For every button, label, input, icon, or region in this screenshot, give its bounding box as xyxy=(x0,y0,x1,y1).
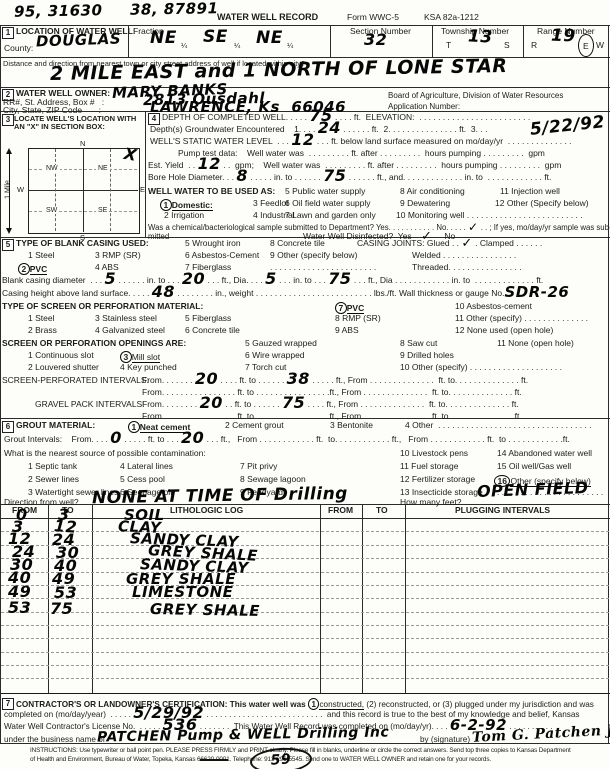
casing-joints-line: CASING JOINTS: Glued . . ✓ . Clamped . .… xyxy=(357,239,542,249)
screen-option-1: 1 Steel xyxy=(28,314,54,324)
contamination-option-14: 14 Abandoned water well xyxy=(497,449,592,459)
well-location-x-mark: X xyxy=(123,146,138,164)
locate-title-line2: AN "X" IN SECTION BOX: xyxy=(14,122,105,131)
record-completed-date: 6-2-92 xyxy=(450,723,507,728)
quadrant-se: SE xyxy=(96,207,109,214)
groundwater-after: . . . . . . ft. 2. . . . . . . . . . . .… xyxy=(341,124,487,134)
column-line xyxy=(432,25,433,57)
use-option-5: 5 Public water supply xyxy=(285,187,365,197)
township-s: S xyxy=(504,41,510,51)
screen-option-12: 12 None used (open hole) xyxy=(455,326,553,336)
mile-scale-label: 1 Mile xyxy=(5,170,12,210)
glued-checkmark: ✓ xyxy=(461,241,472,246)
county-label: County: xyxy=(4,44,33,54)
plug-header-intervals: PLUGGING INTERVALS xyxy=(455,506,550,516)
chemical-sample-after: . . ; If yes, mo/day/yr sample was sub- xyxy=(479,223,610,232)
contamination-question: What is the nearest source of possible c… xyxy=(4,449,206,459)
certification-line-1: CONTRACTOR'S OR LANDOWNER'S CERTIFICATIO… xyxy=(16,698,594,710)
joints-clamped-label: . Clamped . . . . . . xyxy=(473,238,542,248)
circled-1: 1 xyxy=(128,421,140,433)
bore-mid: . . . . . in. to . . . . . . xyxy=(248,172,323,182)
license-number-value: 536 xyxy=(163,722,198,727)
openings-option-7: 7 Torch cut xyxy=(245,363,286,373)
quarter-glyph: ¼ xyxy=(234,41,240,50)
grout-title: GROUT MATERIAL: xyxy=(16,421,95,431)
table-rule-line xyxy=(1,545,609,546)
plug-header-from: FROM xyxy=(328,506,353,516)
business-name-label: under the business name of xyxy=(4,735,105,744)
casing-other-dots: . . . . . . . . . . . . . . . . . . . . … xyxy=(270,263,376,273)
statute-reference: KSA 82a-1212 xyxy=(424,13,479,23)
gravel-pack-label: GRAVEL PACK INTERVALS: xyxy=(35,400,145,410)
openings-option-6: 6 Wire wrapped xyxy=(245,351,305,361)
use-option-11: 11 Injection well xyxy=(500,187,560,197)
bore-diameter-value: 8 xyxy=(236,173,248,178)
openings-option-11: 11 None (open hole) xyxy=(497,339,574,349)
arrow-down-icon xyxy=(6,228,12,234)
screen-material-title: TYPE OF SCREEN OR PERFORATION MATERIAL: xyxy=(2,302,203,312)
compass-west: W xyxy=(17,185,24,194)
openings-option-9: 9 Drilled holes xyxy=(400,351,454,361)
table-rule-line xyxy=(1,572,609,573)
table-rule-line xyxy=(1,625,609,626)
section-1-number: 1 xyxy=(2,27,14,39)
column-line xyxy=(330,25,331,57)
diagram-dashed-vertical xyxy=(55,149,56,231)
casing-option-9: 9 Other (specify below) xyxy=(270,251,357,261)
groundwater-depth-1: 24 xyxy=(318,125,341,130)
static-level-value: 12 xyxy=(291,137,314,142)
grout-after: . . . ft., From . . . . . . . . . . . . … xyxy=(204,434,570,444)
yield-after: . . gpm; Well water was . . . . . . . . … xyxy=(221,160,561,170)
bcd-depth-2: 75 xyxy=(328,276,351,281)
screen-option-2: 2 Brass xyxy=(28,326,57,336)
section-6-number: 6 xyxy=(2,421,14,433)
signature-label: by (signature) xyxy=(420,735,470,744)
use-option-12: 12 Other (Specify below) xyxy=(495,199,589,209)
log-row-description: GREY SHALE xyxy=(150,602,260,619)
contamination-option-4: 4 Lateral lines xyxy=(120,462,173,472)
depth-after: . . . . ft. ELEVATION: . . . . . . . . .… xyxy=(333,112,531,122)
pump-test-line: Pump test data: Well water was . . . . .… xyxy=(178,149,545,159)
casing-pvc-label: PVC xyxy=(30,264,47,275)
section-5: 5 TYPE OF BLANK CASING USED: 5 Wrought i… xyxy=(0,237,610,418)
casing-height-label: Casing height above land surface. . . . … xyxy=(2,288,152,298)
table-rule-line xyxy=(1,612,609,613)
openings-title: SCREEN OR PERFORATION OPENINGS ARE: xyxy=(2,339,186,349)
plug-header-to: TO xyxy=(376,506,388,516)
section-5-number: 5 xyxy=(2,239,14,251)
completed-on-after: . . . . . . . . . . . . . . . . . . . . … xyxy=(204,710,579,719)
screen-option-3: 3 Stainless steel xyxy=(95,314,157,324)
contamination-option-12: 12 Fertilizer storage xyxy=(400,475,475,485)
section-number-value: 32 xyxy=(364,32,387,48)
compass-north: N xyxy=(80,139,85,148)
casing-option-3: 3 RMP (SR) xyxy=(95,251,141,261)
table-rule-line xyxy=(1,665,609,666)
column-line xyxy=(145,111,146,237)
blank-casing-diameter-line: Blank casing diameter . . . 5 . . . . . … xyxy=(2,276,543,286)
arrow-up-icon xyxy=(6,148,12,154)
grout-option-4: 4 Other . . . . . . . . . . . . . . . . … xyxy=(405,421,592,431)
bcd-dia-1: 5 xyxy=(105,276,117,281)
quarter-glyph: ¼ xyxy=(181,41,187,50)
bcd-seg-3: . . . in. to . . . xyxy=(277,275,329,285)
circled-2: 2 xyxy=(18,263,30,275)
quadrant-ne: NE xyxy=(96,165,110,172)
yield-value: 12 xyxy=(198,161,221,166)
screen-intervals-line: From. . . . . . . 20 . . . . ft. to . . … xyxy=(142,376,528,386)
section-7: 7 CONTRACTOR'S OR LANDOWNER'S CERTIFICAT… xyxy=(0,694,610,743)
grout-to-value: 20 xyxy=(181,435,204,440)
circled-annotation-value: 59 xyxy=(270,750,292,769)
openings-option-10: 10 Other (specify) . . . . . . . . . . .… xyxy=(400,363,562,373)
diagram-dashed-vertical xyxy=(110,149,111,231)
casing-option-5: 5 Wrought iron xyxy=(185,239,241,249)
direction-value: NONE AT TIME OF Drilling xyxy=(92,486,348,507)
bore-depth-value: 75 xyxy=(323,173,346,178)
fraction-value-2: SE xyxy=(203,29,228,46)
log-row-description: LIMESTONE xyxy=(132,585,233,600)
county-value: DOUGLAS xyxy=(36,32,122,50)
bcd-depth-1: 20 xyxy=(182,276,205,281)
table-rule-line xyxy=(1,638,609,639)
yield-label: Est. Yield . . xyxy=(148,160,198,170)
use-title: WELL WATER TO BE USED AS: xyxy=(148,187,275,197)
gpi-from-label: From. . . . . . . . xyxy=(142,399,200,409)
gpi-mid: . . ft. to . . . . . . xyxy=(223,399,282,409)
contamination-option-1: 1 Septic tank xyxy=(28,462,77,472)
screen-intervals-label: SCREEN-PERFORATED INTERVALS: xyxy=(2,376,149,386)
circled-1: 1 xyxy=(308,698,319,710)
openings-option-4: 4 Key punched xyxy=(120,363,177,373)
diagram-center-horizontal xyxy=(28,190,138,191)
depth-line: DEPTH OF COMPLETED WELL. . . . . 75 . . … xyxy=(162,113,530,123)
grout-intervals-line: Grout Intervals: From. . . . 0 . . . . .… xyxy=(4,435,570,445)
screen-option-9: 9 ABS xyxy=(335,326,359,336)
use-option-9: 9 Dewatering xyxy=(400,199,450,209)
range-e: E xyxy=(583,41,589,51)
gravel-pack-line: From. . . . . . . . 20 . . ft. to . . . … xyxy=(142,400,519,410)
handwritten-dash xyxy=(200,759,228,761)
static-level-label: WELL'S STATIC WATER LEVEL . . . xyxy=(150,136,291,146)
business-name-value: PATCHEN Pump & WELL Drilling Inc xyxy=(97,725,389,744)
township-t: T xyxy=(446,41,451,51)
range-w: W xyxy=(596,41,604,51)
fraction-value-1: NE xyxy=(150,30,177,47)
range-r: R xyxy=(531,41,537,51)
how-many-feet-value: OPEN FIELD xyxy=(477,480,589,500)
bore-after: . . . . . . ft., and. . . . . . . . . . … xyxy=(346,172,551,182)
casing-title: TYPE OF BLANK CASING USED: xyxy=(16,239,149,249)
agency-name: Board of Agriculture, Division of Water … xyxy=(388,91,563,100)
use-option-7: 7 Lawn and garden only xyxy=(285,211,376,221)
openings-option-5: 5 Gauzed wrapped xyxy=(245,339,317,349)
compass-east: E xyxy=(140,185,145,194)
section-7-number: 7 xyxy=(2,698,14,710)
depth-label: DEPTH OF COMPLETED WELL. . . . . xyxy=(162,112,309,122)
screen-interval-from: 20 xyxy=(195,376,218,381)
table-rule-line xyxy=(1,585,609,586)
column-line xyxy=(523,25,524,57)
screen-option-11: 11 Other (specify) . . . . . . . . . . .… xyxy=(455,314,588,324)
screen-option-10: 10 Asbestos-cement xyxy=(455,302,532,312)
openings-option-2: 2 Louvered shutter xyxy=(28,363,99,373)
joints-threaded-label: Threaded. . . . . . . . . . . . . . . . xyxy=(412,263,522,273)
use-option-3: 3 Feedlot xyxy=(253,199,288,209)
use-option-2: 2 Irrigation xyxy=(164,211,204,221)
wwc5-scanned-form: 95, 31630 38, 87891 WATER WELL RECORD Fo… xyxy=(0,0,610,769)
grout-intervals-label: Grout Intervals: From. . . . xyxy=(4,434,110,444)
contamination-option-5: 5 Cess pool xyxy=(120,475,165,485)
casing-height-value: 48 xyxy=(152,289,175,294)
gravel-interval-to: 75 xyxy=(282,400,305,405)
spi-mid: . . . . ft. to . . . . . . xyxy=(218,375,287,385)
casing-option-6: 6 Asbestos-Cement xyxy=(185,251,259,261)
static-level-after: . . . ft. below land surface measured on… xyxy=(315,136,572,146)
bcd-label: Blank casing diameter . . . xyxy=(2,275,105,285)
screen-intervals-row-2: From. . . . . . . . . . . . . . . . ft. … xyxy=(142,388,522,398)
openings-option-1: 1 Continuous slot xyxy=(28,351,94,361)
screen-option-4: 4 Galvanized steel xyxy=(95,326,165,336)
log-row-to: 75 xyxy=(50,601,73,617)
joints-glued-label: CASING JOINTS: Glued . . xyxy=(357,238,461,248)
grout-from-value: 0 xyxy=(110,435,122,440)
bcd-dia-2: 5 xyxy=(265,276,277,281)
section-6: 6 GROUT MATERIAL: 1Neat cement 2 Cement … xyxy=(0,418,610,504)
certification-rest: (2) reconstructed, or (3) plugged under … xyxy=(364,700,594,709)
fraction-value-3: NE xyxy=(256,30,283,47)
casing-option-2-selected: 2PVC xyxy=(18,263,47,275)
contamination-option-2: 2 Sewer lines xyxy=(28,475,79,485)
bore-hole-line: Bore Hole Diameter. . . 8 . . . . . in. … xyxy=(148,173,551,183)
grout-option-3: 3 Bentonite xyxy=(330,421,373,431)
constructed-label: constructed, xyxy=(319,700,364,710)
use-option-6: 6 Oil field water supply xyxy=(285,199,371,209)
grout-mid: . . . . . ft. to . . . xyxy=(122,434,181,444)
form-title: WATER WELL RECORD xyxy=(217,12,318,22)
contamination-option-10: 10 Livestock pens xyxy=(400,449,468,459)
bore-label: Bore Hole Diameter. . . xyxy=(148,172,236,182)
groundwater-line: Depth(s) Groundwater Encountered 1. . . … xyxy=(150,125,487,135)
log-header-lithologic: LITHOLOGIC LOG xyxy=(170,506,243,516)
gpi-after: . . . . ft., From . . . . . . . . . . . … xyxy=(305,399,518,409)
gravel-interval-from: 20 xyxy=(200,400,223,405)
use-option-10: 10 Monitoring well . . . . . . . . . . .… xyxy=(396,211,583,221)
contamination-option-7: 7 Pit privy xyxy=(240,462,277,472)
contamination-option-11: 11 Fuel storage xyxy=(400,462,458,472)
range-value: 19 xyxy=(551,28,576,46)
table-rule-line xyxy=(1,558,609,559)
log-row-from: 53 xyxy=(8,600,31,616)
gauge-sdr-value: SDR-26 xyxy=(504,290,569,295)
completed-on-label: completed on (mo/day/year) . . . . . xyxy=(4,710,133,719)
quadrant-sw: SW xyxy=(44,207,59,214)
bcd-seg-2: . . . ft., Dia. . . . xyxy=(205,275,265,285)
quarter-glyph: ¼ xyxy=(287,41,293,50)
section-3-number: 3 xyxy=(2,114,14,126)
range-east-circled: E xyxy=(578,34,594,57)
static-level-line: WELL'S STATIC WATER LEVEL . . . 12 . . .… xyxy=(150,137,572,147)
casing-height-after: . . . . . . . . in., weight . . . . . . … xyxy=(175,288,504,298)
handwritten-coordinate-1: 95, 31630 xyxy=(14,3,103,20)
screen-option-8: 8 RMP (SR) xyxy=(335,314,381,324)
grout-option-2: 2 Cement grout xyxy=(225,421,284,431)
sample-no-checkmark: ✓ xyxy=(468,225,479,230)
township-value: 13 xyxy=(468,28,494,46)
spi-from-label: From. . . . . . . xyxy=(142,375,195,385)
yield-line: Est. Yield . . 12 . . gpm; Well water wa… xyxy=(148,161,561,171)
table-rule-line xyxy=(1,678,609,679)
screen-interval-to: 38 xyxy=(287,376,310,381)
openings-option-8: 8 Saw cut xyxy=(400,339,437,349)
table-rule-line xyxy=(1,652,609,653)
casing-option-1: 1 Steel xyxy=(28,251,54,261)
contamination-option-8: 8 Sewage lagoon xyxy=(240,475,306,485)
how-many-feet-label: How many feet? xyxy=(400,498,461,508)
spi-after: . . . . . ft., From . . . . . . . . . . … xyxy=(310,375,528,385)
casing-height-line: Casing height above land surface. . . . … xyxy=(2,289,569,299)
section-4: 4 DEPTH OF COMPLETED WELL. . . . . 75 . … xyxy=(148,112,610,238)
table-rule-line xyxy=(1,531,609,532)
joints-welded-label: Welded . . . . . . . . . . . . . . . . xyxy=(412,251,516,261)
use-option-8: 8 Air conditioning xyxy=(400,187,465,197)
screen-option-5: 5 Fiberglass xyxy=(185,314,231,324)
casing-option-8: 8 Concrete tile xyxy=(270,239,325,249)
screen-option-6: 6 Concrete tile xyxy=(185,326,240,336)
distance-value: 2 MILE EAST and 1 NORTH OF LONE STAR xyxy=(50,57,508,84)
contamination-option-15: 15 Oil well/Gas well xyxy=(497,462,571,472)
form-number: Form WWC-5 xyxy=(347,13,399,23)
application-number-label: Application Number: xyxy=(388,102,460,111)
table-rule-line xyxy=(1,598,609,599)
quadrant-nw: NW xyxy=(44,165,60,172)
handwritten-coordinate-2: 38, 87891 xyxy=(130,1,219,18)
